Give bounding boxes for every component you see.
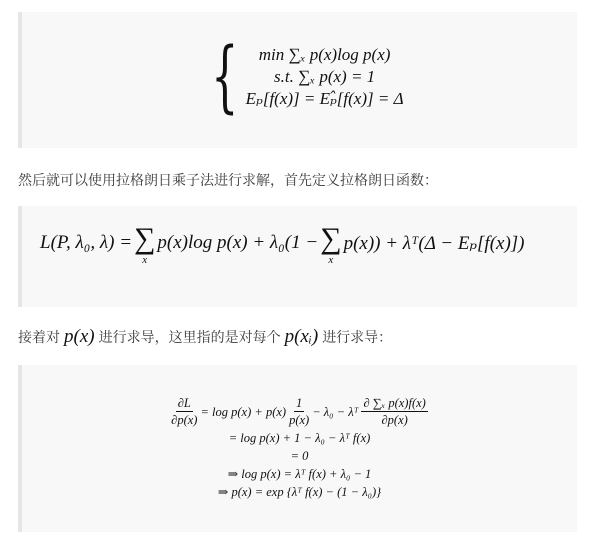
sum-operator: ∑ x [134, 223, 155, 265]
derivative-line-4: ⇒ log p(x) = λᵀ f(x) + λ₀ − 1 [228, 465, 372, 483]
constraints-math-block: { min ∑ₓ p(x)log p(x) s.t. ∑ₓ p(x) = 1 E… [18, 12, 577, 148]
derivative-equations: ∂L∂p(x) = log p(x) + p(x) 1p(x) − λ₀ − λ… [22, 395, 577, 501]
constraints-cases: { min ∑ₓ p(x)log p(x) s.t. ∑ₓ p(x) = 1 E… [200, 38, 404, 116]
sigma-icon: ∑ [134, 223, 155, 255]
inline-math-px: p(x) [64, 326, 95, 348]
derivative-line-2: = log p(x) + 1 − λ₀ − λᵀ f(x) [229, 429, 371, 447]
left-brace-icon: { [211, 38, 238, 116]
lagrangian-math-block: L(P, λ₀, λ) = ∑ x p(x)log p(x) + λ₀(1 − … [18, 206, 577, 307]
lagrangian-term1: p(x)log p(x) + λ₀(1 − [157, 228, 318, 254]
normalization-row: s.t. ∑ₓ p(x) = 1 [274, 66, 375, 88]
sum-operator-2: ∑ x [320, 223, 341, 265]
derivative-line-5: ⇒ p(x) = exp {λᵀ f(x) − (1 − λ₀)} [218, 483, 381, 501]
objective-row: min ∑ₓ p(x)log p(x) [259, 44, 391, 66]
derivative-line-1: ∂L∂p(x) = log p(x) + p(x) 1p(x) − λ₀ − λ… [168, 395, 431, 429]
expectation-row: Eₚ[f(x)] = Eₚ̂[f(x)] = Δ [246, 88, 404, 110]
paragraph-derivative-intro: 接着对 p(x) 进行求导，这里指的是对每个 p(xᵢ) 进行求导： [18, 326, 392, 348]
derivative-line-3: = 0 [291, 447, 309, 465]
sigma-icon: ∑ [320, 223, 341, 255]
lagrangian-equation: L(P, λ₀, λ) = ∑ x p(x)log p(x) + λ₀(1 − … [40, 228, 525, 270]
lagrangian-term2: p(x)) + λᵀ(Δ − Eₚ[f(x)]) [344, 228, 525, 255]
derivative-math-block: ∂L∂p(x) = log p(x) + p(x) 1p(x) − λ₀ − λ… [18, 365, 577, 532]
paragraph-lagrange-intro: 然后就可以使用拉格朗日乘子法进行求解，首先定义拉格朗日函数： [18, 170, 438, 190]
inline-math-pxi: p(xᵢ) [285, 326, 319, 348]
lagrangian-lhs: L(P, λ₀, λ) = [40, 228, 132, 254]
